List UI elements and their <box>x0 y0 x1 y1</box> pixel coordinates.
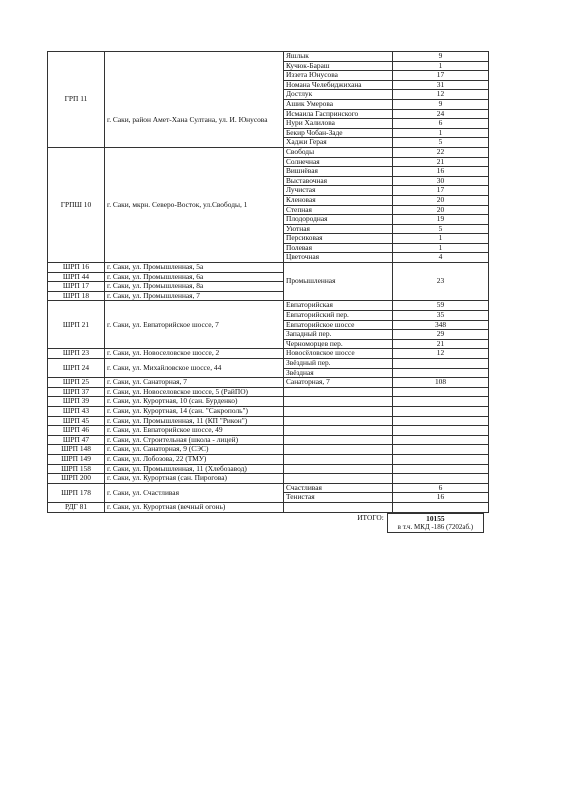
street-name: Солнечная <box>284 157 393 167</box>
street-name: Лучистая <box>284 186 393 196</box>
street-name: Ашик Умерова <box>284 99 393 109</box>
station-code: ШРП 37 <box>48 387 105 397</box>
station-address: г. Саки, ул. Евпаторийское шоссе, 7 <box>105 301 284 349</box>
total-note: в т.ч. МКД -186 (7202аб.) <box>387 523 483 533</box>
station-address: г. Саки, ул. Промышленная, 11 (Хлебозаво… <box>105 464 284 474</box>
station-code: ШРП 47 <box>48 435 105 445</box>
total-value: 10155 <box>387 513 483 523</box>
subscriber-count: 17 <box>393 186 489 196</box>
station-address: г. Саки, ул. Счастливая <box>105 483 284 502</box>
subscriber-count <box>393 359 489 369</box>
subscriber-count: 1 <box>393 234 489 244</box>
street-name: Достлук <box>284 90 393 100</box>
table-row: ШРП 148г. Саки, ул. Санаторная, 9 (СЭС) <box>48 445 489 455</box>
subscriber-count <box>393 435 489 445</box>
street-name: Счастливая <box>284 483 393 493</box>
station-address: г. Саки, ул. Строительная (школа - лицей… <box>105 435 284 445</box>
station-address: г. Саки, ул. Промышленная, 5а <box>105 263 284 273</box>
station-address: г. Саки, ул. Промышленная, 11 (КП "Рикон… <box>105 416 284 426</box>
street-name: Промышленная <box>284 263 393 301</box>
street-name <box>284 435 393 445</box>
subscriber-count: 5 <box>393 138 489 148</box>
subscriber-count: 23 <box>393 263 489 301</box>
station-code: ГРП 11 <box>48 52 105 148</box>
station-code: ШРП 17 <box>48 282 105 292</box>
subscriber-count: 348 <box>393 320 489 330</box>
subscriber-count: 22 <box>393 147 489 157</box>
table-row: ШРП 25г. Саки, ул. Санаторная, 7Санаторн… <box>48 378 489 388</box>
gas-points-table: ГРП 11г. Саки, район Амет-Хана Султана, … <box>47 51 489 513</box>
table-row: ШРП 23г. Саки, ул. Новоселовское шоссе, … <box>48 349 489 359</box>
subscriber-count: 12 <box>393 349 489 359</box>
street-name: Свободы <box>284 147 393 157</box>
street-name <box>284 416 393 426</box>
station-code: ШРП 43 <box>48 406 105 416</box>
street-name <box>284 454 393 464</box>
subscriber-count: 17 <box>393 71 489 81</box>
table-row: ШРП 39г. Саки, ул. Курортная, 10 (сан. Б… <box>48 397 489 407</box>
street-name <box>284 445 393 455</box>
street-name <box>284 474 393 484</box>
street-name <box>284 464 393 474</box>
street-name: Цветочная <box>284 253 393 263</box>
station-address: г. Саки, ул. Курортная (сан. Пирогова) <box>105 474 284 484</box>
table-row: ШРП 178г. Саки, ул. СчастливаяСчастливая… <box>48 483 489 493</box>
street-name <box>284 397 393 407</box>
subscriber-count <box>393 387 489 397</box>
subscriber-count: 5 <box>393 224 489 234</box>
subscriber-count: 30 <box>393 176 489 186</box>
station-address: г. Саки, ул. Промышленная, 6а <box>105 272 284 282</box>
street-name: Кучюк-Бараш <box>284 61 393 71</box>
station-code: ШРП 45 <box>48 416 105 426</box>
table-row: ШРП 21г. Саки, ул. Евпаторийское шоссе, … <box>48 301 489 311</box>
street-name: Номана Челебиджихана <box>284 80 393 90</box>
subscriber-count: 59 <box>393 301 489 311</box>
station-address: г. Саки, мкрн. Северо-Восток, ул.Свободы… <box>105 147 284 262</box>
subscriber-count: 9 <box>393 99 489 109</box>
station-code: ШРП 158 <box>48 464 105 474</box>
station-code: ШРП 39 <box>48 397 105 407</box>
street-name: Выставочная <box>284 176 393 186</box>
station-address: г. Саки, ул. Курортная (вечный огонь) <box>105 502 284 512</box>
subscriber-count: 16 <box>393 493 489 503</box>
subscriber-count: 19 <box>393 215 489 225</box>
street-name: Звёздный пер. <box>284 359 393 369</box>
street-name: Новосёловское шоссе <box>284 349 393 359</box>
station-code: ШРП 18 <box>48 291 105 301</box>
subscriber-count <box>393 416 489 426</box>
table-row: ШРП 43г. Саки, ул. Курортная, 14 (сан. "… <box>48 406 489 416</box>
street-name: Нури Халилова <box>284 119 393 129</box>
station-address: г. Саки, ул. Новоселовское шоссе, 5 (Рай… <box>105 387 284 397</box>
station-code: ШРП 21 <box>48 301 105 349</box>
station-code: ШРП 24 <box>48 359 105 378</box>
subscriber-count: 21 <box>393 157 489 167</box>
street-name: Хаджи Герая <box>284 138 393 148</box>
table-row: ШРП 149г. Саки, ул. Лобозова, 22 (ТМУ) <box>48 454 489 464</box>
station-code: ШРП 149 <box>48 454 105 464</box>
street-name: Уютная <box>284 224 393 234</box>
subscriber-count: 29 <box>393 330 489 340</box>
street-name: Вишнёвая <box>284 167 393 177</box>
subscriber-count <box>393 406 489 416</box>
subscriber-count <box>393 426 489 436</box>
subscriber-count: 21 <box>393 339 489 349</box>
station-address: г. Саки, ул. Новоселовское шоссе, 2 <box>105 349 284 359</box>
subscriber-count: 1 <box>393 128 489 138</box>
total-block: ИТОГО: 10155 в т.ч. МКД -186 (7202аб.) <box>47 513 484 533</box>
table-row: ШРП 200г. Саки, ул. Курортная (сан. Пиро… <box>48 474 489 484</box>
table-row: ГРПШ 10г. Саки, мкрн. Северо-Восток, ул.… <box>48 147 489 157</box>
station-code: ШРП 25 <box>48 378 105 388</box>
street-name <box>284 502 393 512</box>
subscriber-count: 20 <box>393 195 489 205</box>
subscriber-count: 31 <box>393 80 489 90</box>
subscriber-count <box>393 368 489 378</box>
subscriber-count <box>393 502 489 512</box>
subscriber-count: 4 <box>393 253 489 263</box>
subscriber-count: 16 <box>393 167 489 177</box>
subscriber-count: 9 <box>393 52 489 62</box>
total-label: ИТОГО: <box>47 513 387 523</box>
subscriber-count: 108 <box>393 378 489 388</box>
station-address: г. Саки, ул. Санаторная, 7 <box>105 378 284 388</box>
street-name: Евпаторийское шоссе <box>284 320 393 330</box>
table-row: ШРП 16г. Саки, ул. Промышленная, 5аПромы… <box>48 263 489 273</box>
street-name: Персиковая <box>284 234 393 244</box>
street-name: Евпаторийская <box>284 301 393 311</box>
subscriber-count: 1 <box>393 243 489 253</box>
station-address: г. Саки, ул. Промышленная, 8а <box>105 282 284 292</box>
station-address: г. Саки, ул. Михайловское шоссе, 44 <box>105 359 284 378</box>
station-code: ШРП 178 <box>48 483 105 502</box>
table-row: ШРП 158г. Саки, ул. Промышленная, 11 (Хл… <box>48 464 489 474</box>
station-address: г. Саки, ул. Курортная, 10 (сан. Бурденк… <box>105 397 284 407</box>
subscriber-count <box>393 474 489 484</box>
subscriber-count: 1 <box>393 61 489 71</box>
subscriber-count <box>393 445 489 455</box>
station-address: г. Саки, ул. Лобозова, 22 (ТМУ) <box>105 454 284 464</box>
street-name: Иззета Юнусова <box>284 71 393 81</box>
table-row: ШРП 46г. Саки, ул. Евпаторийское шоссе, … <box>48 426 489 436</box>
subscriber-count: 12 <box>393 90 489 100</box>
street-name: Кленовая <box>284 195 393 205</box>
street-name: Бекир Чобан-Заде <box>284 128 393 138</box>
table-row: ШРП 37г. Саки, ул. Новоселовское шоссе, … <box>48 387 489 397</box>
subscriber-count: 6 <box>393 483 489 493</box>
table-row: ШРП 45г. Саки, ул. Промышленная, 11 (КП … <box>48 416 489 426</box>
street-name: Тенистая <box>284 493 393 503</box>
station-address: г. Саки, ул. Евпаторийское шоссе, 49 <box>105 426 284 436</box>
subscriber-count: 35 <box>393 311 489 321</box>
street-name <box>284 406 393 416</box>
table-row: ГРП 11г. Саки, район Амет-Хана Султана, … <box>48 52 489 62</box>
street-name <box>284 387 393 397</box>
gas-distribution-document: ГРП 11г. Саки, район Амет-Хана Султана, … <box>47 51 489 533</box>
station-code: ШРП 46 <box>48 426 105 436</box>
table-row: ШРП 47г. Саки, ул. Строительная (школа -… <box>48 435 489 445</box>
table-row: ШРП 24г. Саки, ул. Михайловское шоссе, 4… <box>48 359 489 369</box>
station-code: ШРП 148 <box>48 445 105 455</box>
subscriber-count <box>393 464 489 474</box>
station-address: г. Саки, ул. Санаторная, 9 (СЭС) <box>105 445 284 455</box>
subscriber-count <box>393 397 489 407</box>
station-code: ШРП 23 <box>48 349 105 359</box>
station-code: ШРП 16 <box>48 263 105 273</box>
station-address: г. Саки, ул. Промышленная, 7 <box>105 291 284 301</box>
subscriber-count: 6 <box>393 119 489 129</box>
street-name: Звёздная <box>284 368 393 378</box>
street-name <box>284 426 393 436</box>
street-name: Плодородная <box>284 215 393 225</box>
street-name: Яшлык <box>284 52 393 62</box>
street-name: Черноморцев пер. <box>284 339 393 349</box>
subscriber-count: 20 <box>393 205 489 215</box>
street-name: Санаторная, 7 <box>284 378 393 388</box>
station-code: ШРП 44 <box>48 272 105 282</box>
station-address: г. Саки, район Амет-Хана Султана, ул. И.… <box>105 52 284 148</box>
station-code: РДГ 81 <box>48 502 105 512</box>
table-row: РДГ 81г. Саки, ул. Курортная (вечный ого… <box>48 502 489 512</box>
street-name: Степная <box>284 205 393 215</box>
street-name: Исмаила Гаспринского <box>284 109 393 119</box>
street-name: Евпаторийский пер. <box>284 311 393 321</box>
station-code: ШРП 200 <box>48 474 105 484</box>
subscriber-count: 24 <box>393 109 489 119</box>
subscriber-count <box>393 454 489 464</box>
station-address: г. Саки, ул. Курортная, 14 (сан. "Сакроп… <box>105 406 284 416</box>
station-code: ГРПШ 10 <box>48 147 105 262</box>
street-name: Полевая <box>284 243 393 253</box>
street-name: Западный пер. <box>284 330 393 340</box>
